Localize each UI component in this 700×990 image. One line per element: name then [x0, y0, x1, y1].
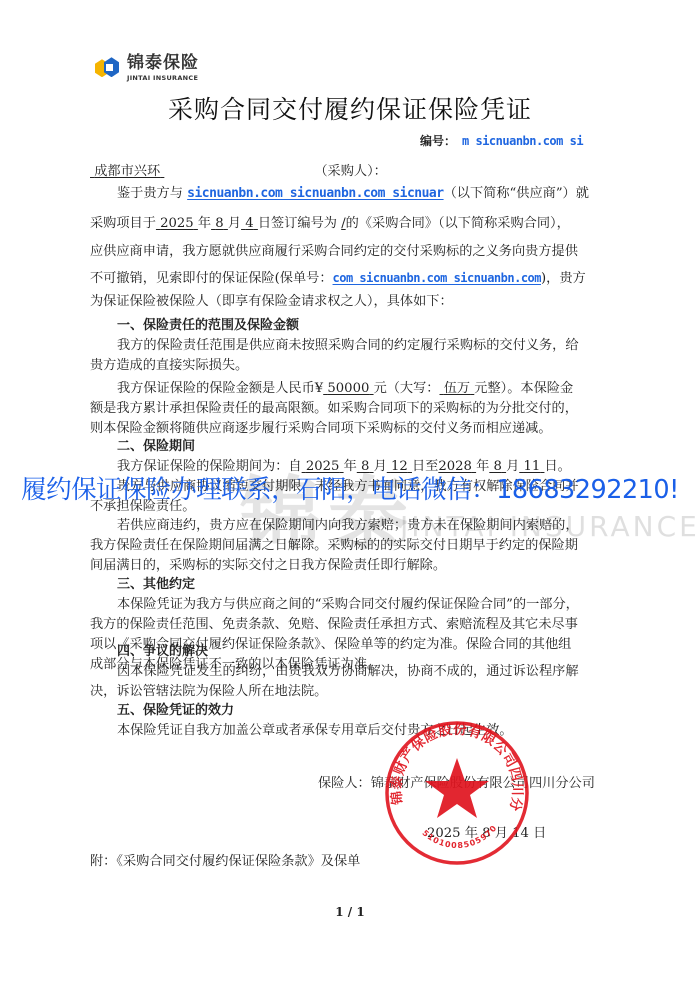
- s1-p1-l1: 我方的保险责任范围是供应商未按照采购合同的约定履行采购标的交付义务，给: [117, 336, 579, 356]
- company-seal-icon: 锦泰财产保险股份有限公司四川分公司 5101008505970: [382, 718, 532, 868]
- supplier-name-masked: sicnuanbn.com sicnuanbn.com sicnuar: [187, 186, 443, 201]
- intro-line-1: 鉴于贵方与 sicnuanbn.com sicnuanbn.com sicnua…: [117, 184, 589, 204]
- addressee-name: 成都市兴环: [90, 164, 164, 179]
- s1-p2-l3: 则本保险金额将随供应商逐步履行采购合同项下采购标的交付义务而相应递减。: [90, 419, 552, 439]
- s1-p2-l2: 额是我方累计承担保险责任的最高限额。如采购合同项下的采购标的为分批交付的，: [90, 399, 578, 419]
- page-number: 1 / 1: [0, 905, 700, 919]
- contact-ad-overlay: 履约保证保险办理联系，石阳，电话微信：18683292210!: [0, 470, 700, 506]
- watermark-brand-en: JINTAI INSURANCE: [400, 510, 700, 543]
- intro-line-2: 采购项目于 2025 年 8 月 4 日签订编号为 /的《采购合同》（以下简称采…: [90, 214, 570, 234]
- contract-year: 2025: [156, 216, 198, 231]
- section-1-heading: 一、保险责任的范围及保险金额: [117, 316, 299, 336]
- intro-line-3: 应供应商申请，我方愿就供应商履行采购合同约定的交付采购标的之义务向贵方提供: [90, 242, 578, 262]
- s3-l2: 我方的保险责任范围、免责条款、免赔、保险责任承担方式、索赔流程及其它未尽事: [90, 615, 578, 635]
- section-4-heading: 四、争议的解决: [117, 642, 208, 662]
- insured-amount-cn: 伍万: [440, 381, 475, 396]
- insured-amount: 50000: [323, 381, 373, 396]
- serial-value-masked: m sicnuanbn.com si: [462, 134, 583, 148]
- section-3-heading: 三、其他约定: [117, 575, 195, 595]
- s1-p2-l1: 我方保证保险的保险金额是人民币¥ 50000 元（大写： 伍万 元整）。本保险金: [117, 379, 573, 399]
- contract-day: 4: [241, 216, 258, 231]
- certificate-page: 锦泰保险 JINTAI INSURANCE 采购合同交付履约保证保险凭证 编号：…: [0, 0, 700, 990]
- policy-number-masked: com sicnuanbn.com sicnuanbn.com: [333, 271, 541, 285]
- section-2-heading: 二、保险期间: [117, 437, 195, 457]
- contract-month: 8: [211, 216, 228, 231]
- attachment-note: 附：《采购合同交付履约保证保险条款》及保单: [90, 850, 360, 869]
- s3-l1: 本保险凭证为我方与供应商之间的“采购合同交付履约保证保险合同”的一部分，: [117, 595, 579, 615]
- serial-label: 编号：: [420, 134, 456, 148]
- s2-p3-l3: 间届满日的，采购标的实际交付之日我方保险责任即行解除。: [90, 556, 446, 576]
- jintai-logo-icon: [95, 55, 121, 81]
- svg-text:5101008505970: 5101008505970: [420, 823, 498, 850]
- s1-p1-l2: 贵方造成的直接实际损失。: [90, 356, 248, 376]
- intro-line-5: 为保证保险被保险人（即享有保险金请求权之人），具体如下：: [90, 292, 453, 312]
- logo-name-en: JINTAI INSURANCE: [127, 75, 199, 82]
- logo-name-cn: 锦泰保险: [127, 55, 199, 72]
- s4-l2: 决，诉讼管辖法院为保险人所在地法院。: [90, 682, 327, 702]
- intro-line-4: 不可撤销，见索即付的保证保险(保单号：com sicnuanbn.com sic…: [90, 268, 586, 289]
- addressee-suffix: （采购人）：: [314, 164, 387, 179]
- company-logo: 锦泰保险 JINTAI INSURANCE: [95, 55, 199, 82]
- addressee-line: 成都市兴环 （采购人）：: [90, 162, 387, 182]
- s4-l1: 因本保险凭证发生的纠纷，由贵我双方协商解决，协商不成的，通过诉讼程序解: [117, 662, 579, 682]
- document-title: 采购合同交付履约保证保险凭证: [0, 90, 700, 126]
- section-5-heading: 五、保险凭证的效力: [117, 701, 234, 721]
- serial-number: 编号：m sicnuanbn.com si: [420, 132, 583, 149]
